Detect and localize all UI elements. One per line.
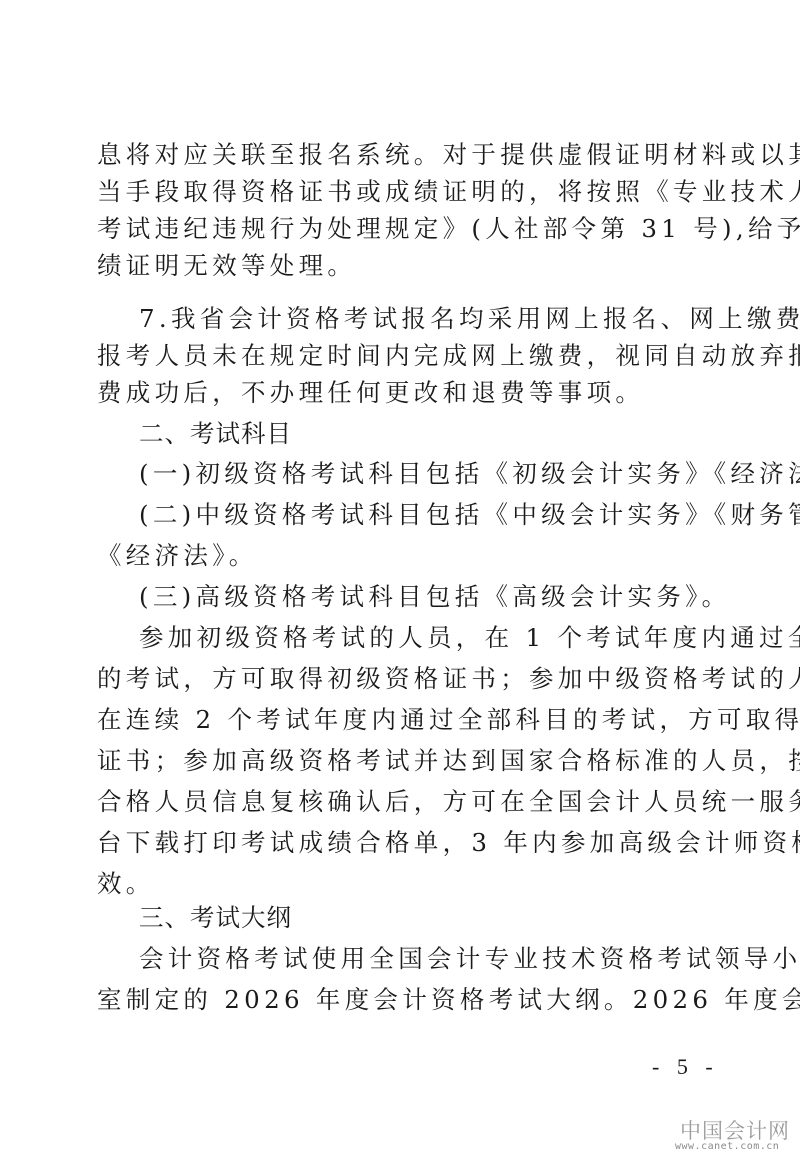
text-line: 的考试，方可取得初级资格证书；参加中级资格考试的人员，应	[97, 660, 697, 697]
text-line: 效。	[97, 865, 697, 902]
text-line: 费成功后，不办理任何更改和退费等事项。	[97, 374, 697, 411]
text-line: 室制定的 2026 年度会计资格考试大纲。2026 年度会计资格考试	[97, 981, 697, 1018]
text-line: 《经济法》。	[97, 537, 697, 574]
text-line: 合格人员信息复核确认后，方可在全国会计人员统一服务管理平	[97, 783, 697, 820]
document-page: 息将对应关联至报名系统。对于提供虚假证明材料或以其他不正当手段取得资格证书或成绩…	[0, 0, 800, 1158]
text-line: 参加初级资格考试的人员，在 1 个考试年度内通过全部科目	[139, 619, 699, 656]
text-line: 会计资格考试使用全国会计专业技术资格考试领导小组办公	[139, 940, 699, 977]
text-line: 息将对应关联至报名系统。对于提供虚假证明材料或以其他不正	[97, 136, 697, 173]
text-line: (三)高级资格考试科目包括《高级会计实务》。	[139, 578, 699, 615]
section-heading: 二、考试科目	[139, 415, 699, 452]
text-line: 绩证明无效等处理。	[97, 247, 697, 284]
text-line: (二)中级资格考试科目包括《中级会计实务》《财务管理》	[139, 496, 699, 533]
text-line: (一)初级资格考试科目包括《初级会计实务》《经济法基础》。	[139, 455, 699, 492]
page-number: - 5 -	[652, 1054, 719, 1080]
text-line: 报考人员未在规定时间内完成网上缴费，视同自动放弃报名。缴	[97, 337, 697, 374]
watermark-url: www.canet.com.cn	[675, 1141, 779, 1152]
text-line: 7.我省会计资格考试报名均采用网上报名、网上缴费的方式。	[139, 300, 699, 337]
text-line: 证书；参加高级资格考试并达到国家合格标准的人员，按时参加	[97, 742, 697, 779]
text-line: 当手段取得资格证书或成绩证明的，将按照《专业技术人员资格	[97, 173, 697, 210]
section-heading: 三、考试大纲	[139, 899, 699, 936]
text-line: 考试违纪违规行为处理规定》(人社部令第 31 号),给予证书或成	[97, 210, 697, 247]
text-line: 在连续 2 个考试年度内通过全部科目的考试，方可取得中级资格	[97, 701, 697, 738]
text-line: 台下载打印考试成绩合格单，3 年内参加高级会计师资格评审有	[97, 824, 697, 861]
